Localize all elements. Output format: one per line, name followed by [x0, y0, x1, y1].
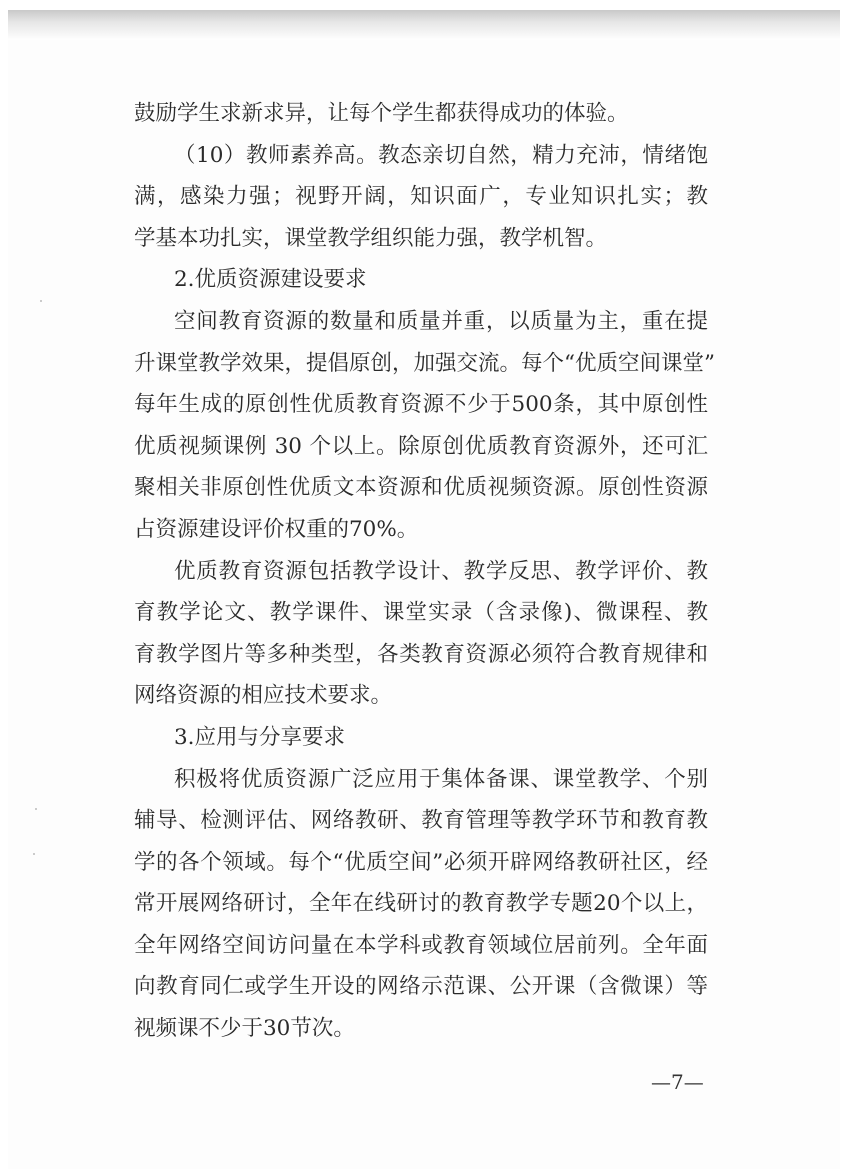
text-line: 全年网络空间访问量在本学科或教育领域位居前列。全年面	[134, 925, 708, 967]
text-line: 向教育同仁或学生开设的网络示范课、公开课（含微课）等	[134, 966, 708, 1008]
text-line: 每年生成的原创性优质教育资源不少于500条，其中原创性	[134, 384, 708, 426]
text-line: 优质视频课例 30 个以上。除原创优质教育资源外，还可汇	[134, 426, 708, 468]
page-number: —7—	[651, 1070, 704, 1094]
text-line: 辅导、检测评估、网络教研、教育管理等教学环节和教育教	[134, 800, 708, 842]
text-line: 学基本功扎实，课堂教学组织能力强，教学机智。	[134, 218, 708, 260]
text-line: 空间教育资源的数量和质量并重，以质量为主，重在提	[134, 301, 708, 343]
scan-speck	[33, 853, 35, 855]
text-line: 学的各个领域。每个“优质空间”必须开辟网络教研社区，经	[134, 842, 708, 884]
text-line: 占资源建设评价权重的70%。	[134, 509, 708, 551]
text-line: 育教学论文、教学课件、课堂实录（含录像)、微课程、教	[134, 592, 708, 634]
text-line: 聚相关非原创性优质文本资源和优质视频资源。原创性资源	[134, 467, 708, 509]
text-line: 优质教育资源包括教学设计、教学反思、教学评价、教	[134, 551, 708, 593]
text-line: 视频课不少于30节次。	[134, 1008, 708, 1050]
scan-speck	[35, 808, 37, 810]
document-body: 鼓励学生求新求异，让每个学生都获得成功的体验。 （10）教师素养高。教态亲切自然…	[134, 93, 708, 1050]
section-heading: 2.优质资源建设要求	[134, 259, 708, 301]
text-line: 常开展网络研讨，全年在线研讨的教育教学专题20个以上，	[134, 883, 708, 925]
text-line: 升课堂教学效果，提倡原创，加强交流。每个“优质空间课堂”	[134, 343, 708, 385]
section-heading: 3.应用与分享要求	[134, 717, 708, 759]
text-line: 鼓励学生求新求异，让每个学生都获得成功的体验。	[134, 93, 708, 135]
scan-edge-shadow	[8, 10, 840, 40]
scan-speck	[40, 300, 42, 302]
text-line: 满，感染力强；视野开阔，知识面广，专业知识扎实；教	[134, 176, 708, 218]
text-line: 育教学图片等多种类型，各类教育资源必须符合教育规律和	[134, 634, 708, 676]
text-line: （10）教师素养高。教态亲切自然，精力充沛，情绪饱	[134, 135, 708, 177]
text-line: 积极将优质资源广泛应用于集体备课、课堂教学、个别	[134, 759, 708, 801]
text-line: 网络资源的相应技术要求。	[134, 675, 708, 717]
